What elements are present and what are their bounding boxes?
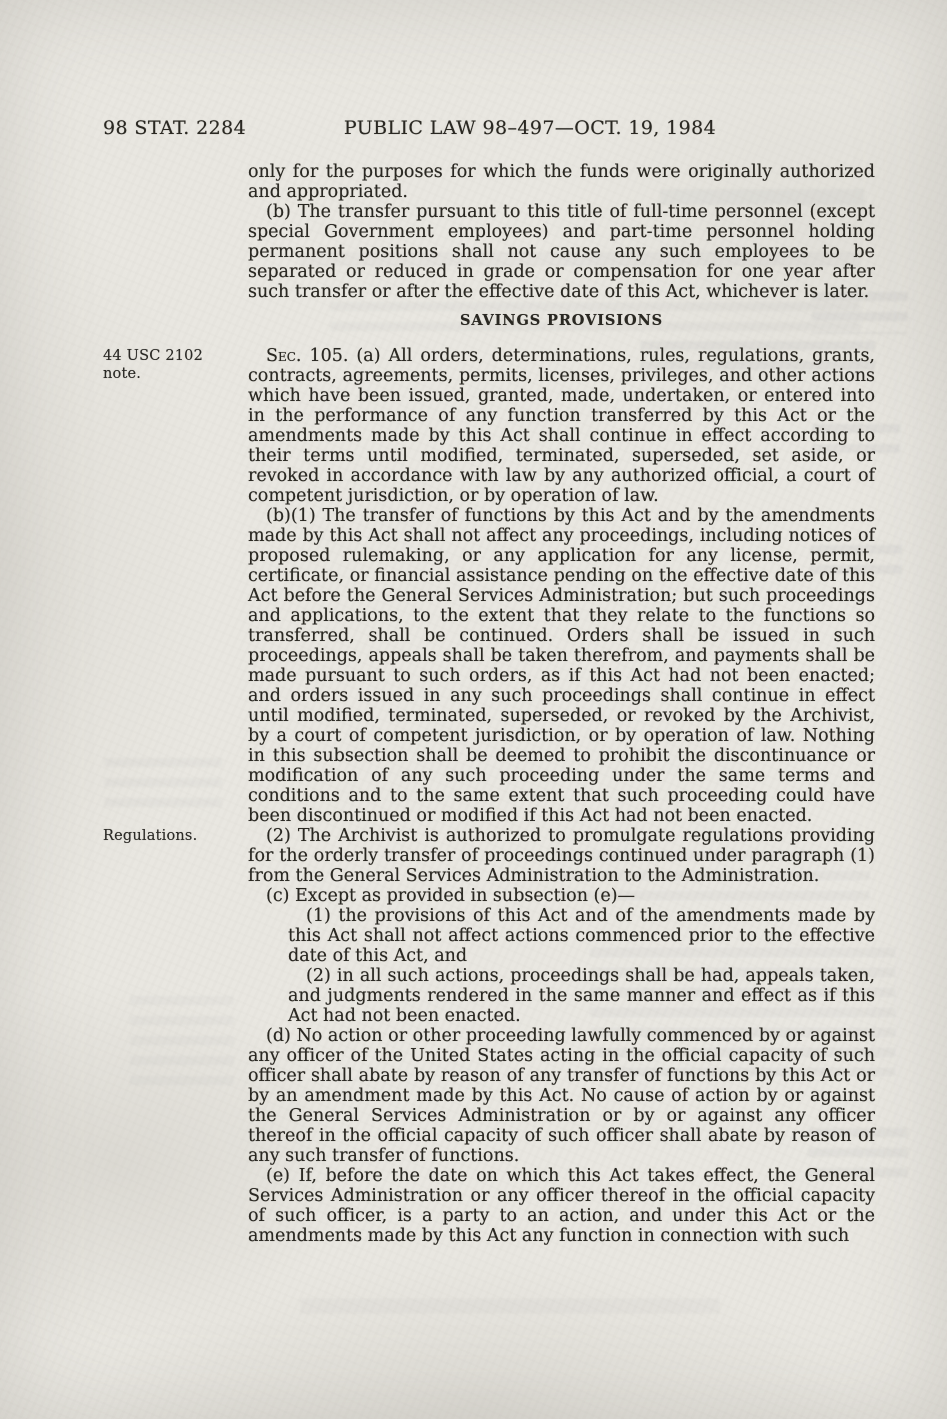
small-caps-section-label: Sec.	[266, 346, 302, 366]
statute-paragraph: (e) If, before the date on which this Ac…	[248, 1166, 875, 1246]
statute-page-number: 98 STAT. 2284	[103, 117, 246, 139]
statute-paragraph: (c) Except as provided in subsection (e)…	[248, 886, 875, 906]
statute-paragraph: 44 USC 2102 note.Sec. 105. (a) All order…	[248, 346, 875, 506]
statute-paragraph: (b) The transfer pursuant to this title …	[248, 202, 875, 302]
statute-paragraph: (2) in all such actions, proceedings sha…	[288, 966, 875, 1026]
document-page: 98 STAT. 2284 PUBLIC LAW 98–497—OCT. 19,…	[0, 0, 947, 1419]
public-law-citation: PUBLIC LAW 98–497—OCT. 19, 1984	[344, 117, 716, 139]
bleed-through-artifact	[300, 1298, 720, 1314]
section-heading: SAVINGS PROVISIONS	[248, 311, 875, 331]
statute-paragraph: Regulations.(2) The Archivist is authori…	[248, 826, 875, 886]
bleed-through-artifact	[104, 758, 222, 816]
statute-paragraph: (d) No action or other proceeding lawful…	[248, 1026, 875, 1166]
page-header: 98 STAT. 2284 PUBLIC LAW 98–497—OCT. 19,…	[0, 117, 947, 141]
statute-paragraph: only for the purposes for which the fund…	[248, 162, 875, 202]
statute-paragraph: (1) the provisions of this Act and of th…	[288, 906, 875, 966]
margin-note: 44 USC 2102 note.	[103, 348, 215, 383]
statute-text-column: only for the purposes for which the fund…	[248, 162, 875, 1246]
margin-note: Regulations.	[103, 828, 215, 846]
bleed-through-artifact	[130, 996, 234, 1088]
statute-paragraph: (b)(1) The transfer of functions by this…	[248, 506, 875, 826]
